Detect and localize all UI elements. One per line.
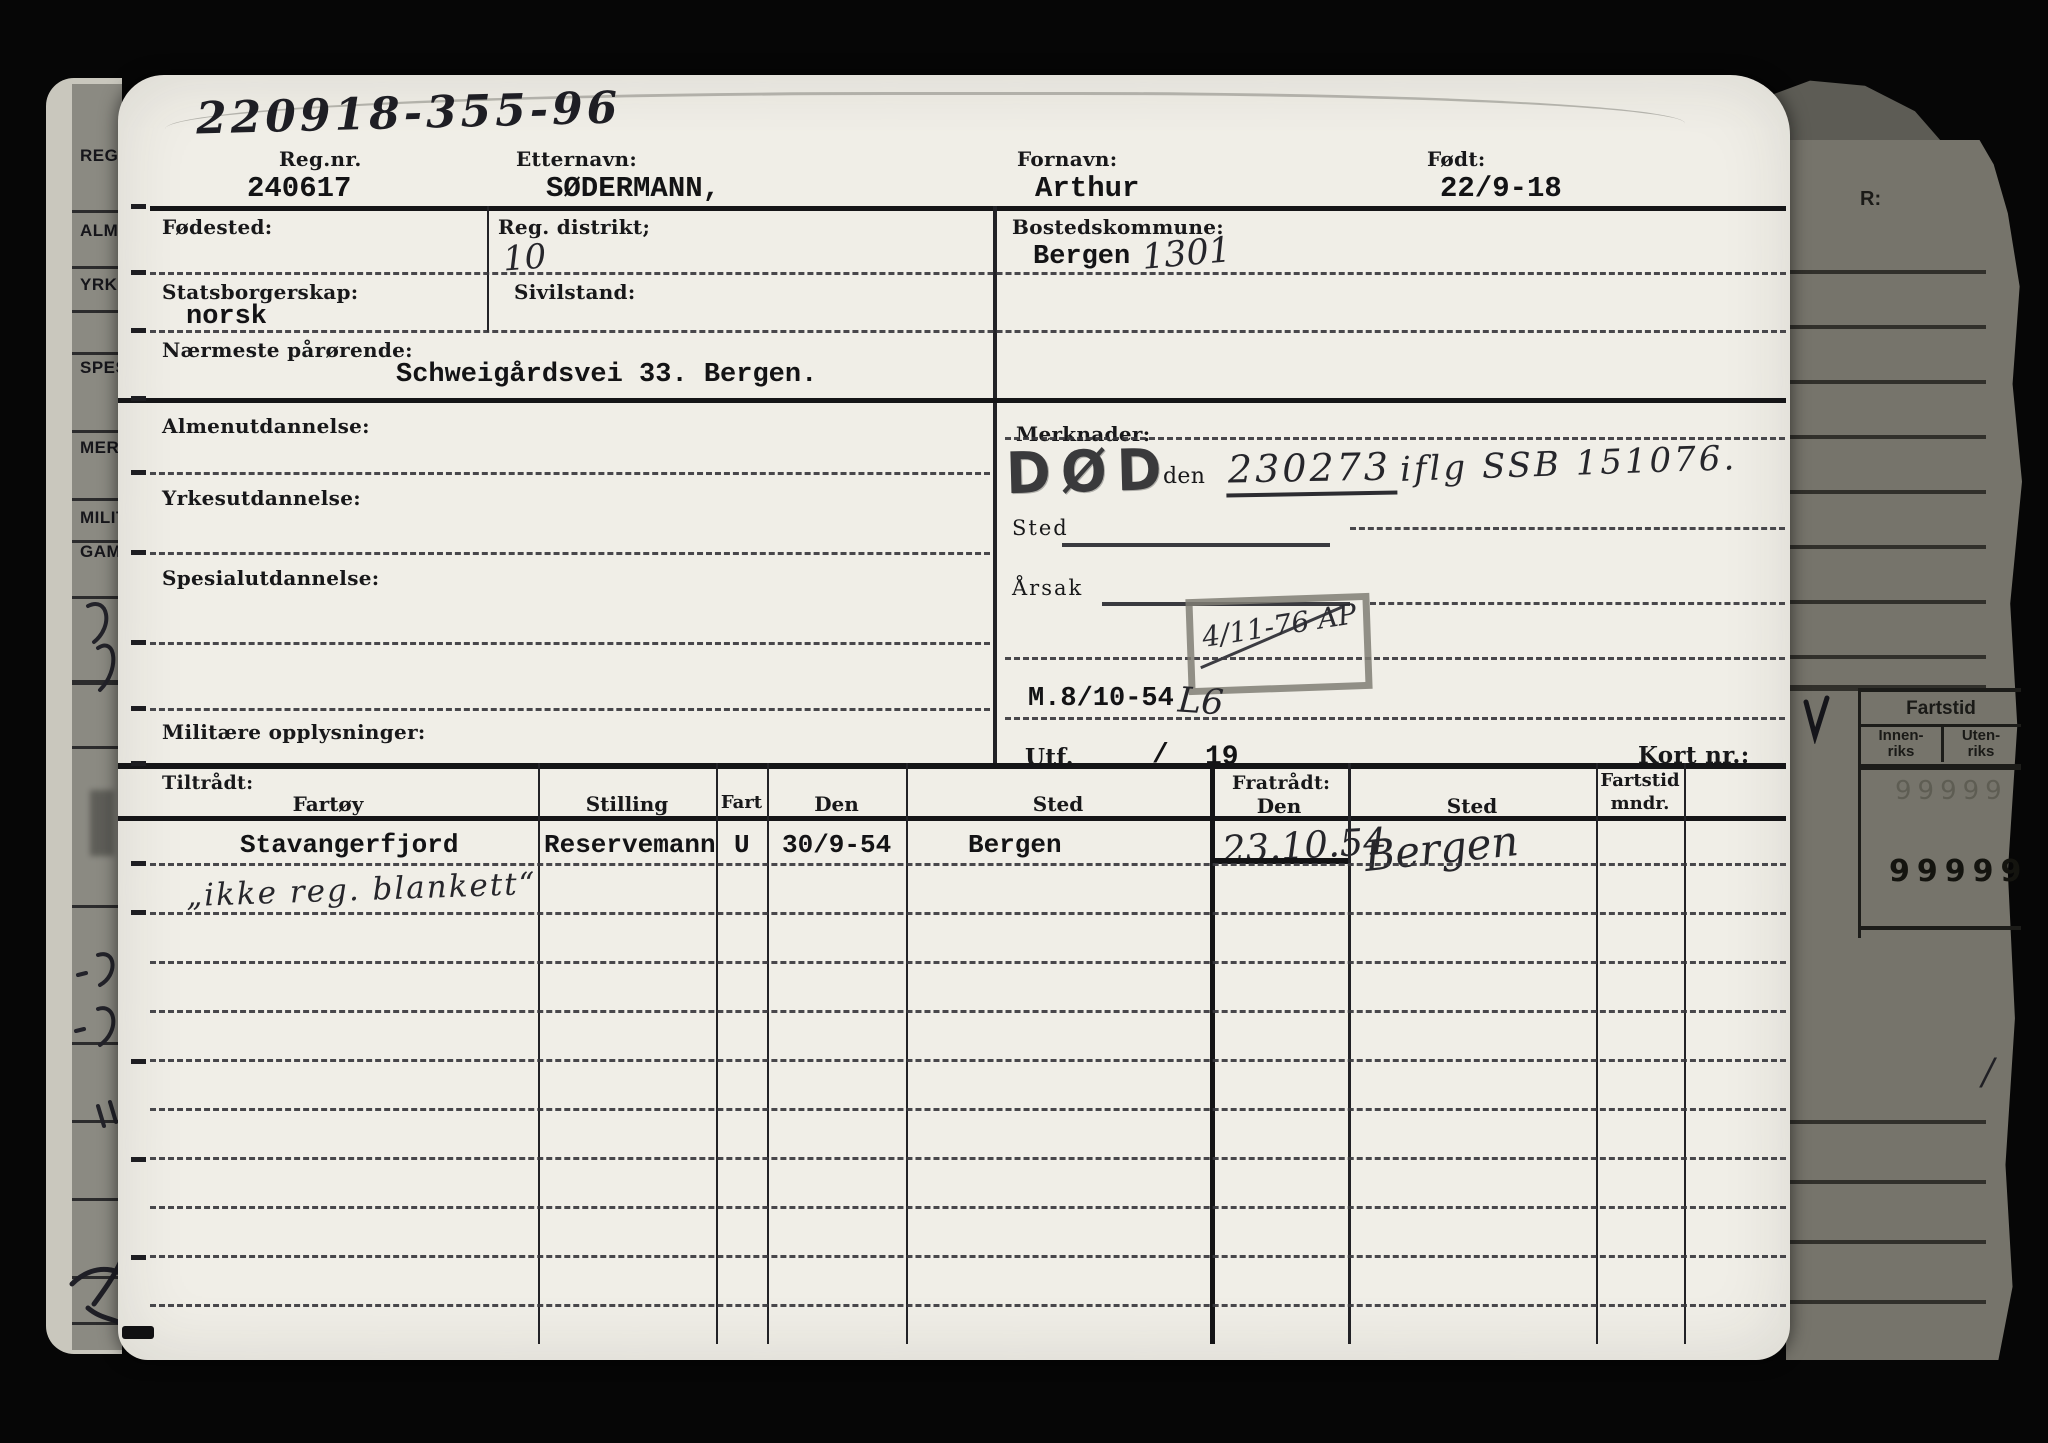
statsborgerskap-value: norsk (186, 302, 267, 332)
table-row-line (150, 912, 1786, 915)
strip-rule (72, 352, 122, 355)
margin-tick (131, 270, 146, 275)
reg-nr-label: Reg.nr. (279, 147, 362, 171)
margin-tick (131, 1255, 146, 1260)
margin-tick (131, 640, 146, 645)
margin-tick (131, 396, 146, 401)
arsak-label: Årsak (1012, 576, 1083, 600)
rule-dashed (150, 708, 990, 711)
margin-tick (131, 1157, 146, 1162)
handwriting-fragment (70, 945, 124, 1055)
militaere-label: Militære opplysninger: (162, 720, 426, 744)
rule-heavy (118, 398, 1786, 403)
faint-number: 99999 (1895, 776, 2008, 806)
reg-distrikt-label: Reg. distrikt; (498, 215, 650, 239)
rule-dashed (1350, 527, 1785, 530)
under-card-rule (1786, 1300, 1986, 1304)
strip-rule (72, 210, 122, 213)
strip-label-milita: MILITA (80, 508, 122, 528)
col-header-fartoy: Fartøy (118, 792, 538, 816)
under-card-rule (1786, 270, 1986, 274)
fodt-label: Født: (1427, 147, 1486, 171)
under-card-rule (1786, 600, 1986, 604)
table-row-line (150, 1059, 1786, 1062)
under-card-rule (1786, 325, 1986, 329)
reg-nr-value: 240617 (247, 172, 351, 205)
strip-label-yrkes: YRKES (80, 275, 122, 295)
utenriks-line2: riks (1968, 743, 1995, 760)
rule-dashed (150, 330, 1786, 333)
strip-label-gamm: GAMM (80, 542, 122, 562)
scanned-register-card-page: REG.N ALMEN YRKES SPESIA MERKN MILITA GA… (0, 0, 2048, 1443)
rule-dashed (150, 272, 1786, 275)
dod-stamp: DØD (1005, 436, 1172, 507)
sted-blank-line (1062, 543, 1330, 547)
den-label: den (1163, 464, 1205, 489)
strip-label-regn: REG.N (80, 146, 122, 166)
fartstid-mini-table: Fartstid Innen-riks Uten-riks 99999 9999… (1858, 688, 2021, 938)
almenutdannelse-label: Almenutdannelse: (162, 414, 370, 438)
under-card-rule (1786, 380, 1986, 384)
parorende-label: Nærmeste pårørende: (162, 338, 413, 362)
col-header-fratradt-den: Den (1210, 794, 1348, 818)
strip-rule (72, 498, 122, 501)
fornavn-label: Fornavn: (1017, 147, 1117, 171)
under-card-fragment-text: R: (1860, 188, 1881, 211)
spesialutdannelse-label: Spesialutdannelse: (162, 566, 379, 590)
pen-mark (1800, 694, 1834, 744)
under-card-rule (1786, 1240, 1986, 1244)
statsborgerskap-label: Statsborgerskap: (162, 280, 359, 304)
under-card-rule (1786, 1180, 1986, 1184)
col-header-fartstid-1: Fartstid (1596, 770, 1684, 791)
row1-fartoy: Stavangerfjord (240, 830, 458, 860)
rule-heavy-table-header (118, 816, 1786, 821)
rule-vertical (487, 206, 489, 332)
rule-heavy (150, 206, 1786, 211)
bostedskommune-code: 1301 (1140, 230, 1232, 278)
rule-dashed (150, 642, 990, 645)
table-row-line (150, 1255, 1786, 1258)
handwriting-fragment (76, 598, 124, 698)
row1-den: 30/9-54 (782, 830, 891, 860)
innenriks-line1: Innen- (1879, 727, 1924, 744)
rule-dashed (1005, 657, 1785, 660)
col-header-fart: Fart (716, 792, 767, 813)
fratradt-label: Fratrådt: (1232, 772, 1330, 794)
fodested-label: Fødested: (162, 215, 272, 239)
strip-label-merkn: MERKN (80, 438, 122, 458)
strip-rule (72, 540, 122, 543)
table-row-line (150, 863, 1786, 866)
margin-tick (131, 861, 146, 866)
margin-tick (131, 1059, 146, 1064)
strip-rule (72, 746, 122, 749)
strip-label-spesia: SPESIA (80, 358, 122, 378)
rule-dashed (1370, 602, 1785, 605)
ink-smudge (90, 790, 114, 856)
margin-tick (131, 761, 146, 766)
innenriks-line2: riks (1888, 743, 1915, 760)
mini-table-rule (1861, 688, 2021, 692)
row1-stilling: Reservemann (544, 830, 716, 860)
table-row-line (150, 1304, 1786, 1307)
etternavn-value: SØDERMANN, (546, 172, 720, 205)
m-note-suffix-handwritten: L6 (1177, 680, 1225, 723)
table-row-line (150, 1010, 1786, 1013)
under-card-rule (1786, 435, 1986, 439)
col-header-fartstid-2: mndr. (1596, 793, 1684, 814)
row1-sted: Bergen (968, 830, 1062, 860)
margin-tick (131, 550, 146, 555)
under-card-rule (1786, 1120, 1986, 1124)
under-card-rule (1786, 545, 1986, 549)
table-row-line (150, 1206, 1786, 1209)
strip-rule (72, 430, 122, 433)
table-row-line (150, 1108, 1786, 1111)
date-stamp-box: 4/11-76 AP (1185, 593, 1372, 695)
table-row-line (150, 1157, 1786, 1160)
margin-tick (131, 910, 146, 915)
col-header-den: Den (767, 792, 906, 816)
rule-vertical-divider (993, 206, 997, 763)
yrkesutdannelse-label: Yrkesutdannelse: (162, 486, 361, 510)
strip-rule (72, 905, 122, 908)
strip-rule (72, 266, 122, 269)
etternavn-label: Etternavn: (516, 147, 637, 171)
table-row-line (150, 961, 1786, 964)
row1-fart: U (734, 830, 750, 860)
sivilstand-label: Sivilstand: (514, 280, 636, 304)
mini-table-title: Fartstid (1861, 698, 2021, 720)
m-note-typed: M.8/10-54 (1028, 684, 1174, 714)
under-card-left-strip: REG.N ALMEN YRKES SPESIA MERKN MILITA GA… (72, 84, 122, 1350)
col-header-sted: Sted (906, 792, 1210, 816)
bold-margin-mark (122, 1326, 154, 1339)
margin-tick (131, 470, 146, 475)
col-header-fratradt-sted: Sted (1348, 794, 1596, 818)
mini-table-rule (1861, 764, 2021, 770)
sted-label: Sted (1012, 516, 1069, 540)
tiltradt-label: Tiltrådt: (162, 772, 253, 794)
mini-table-col-innenriks: Innen-riks (1861, 728, 1941, 760)
strip-rule (72, 310, 122, 313)
rule-dashed (1005, 717, 1785, 720)
col-header-stilling: Stilling (538, 792, 716, 816)
mini-table-col-utenriks: Uten-riks (1941, 728, 2021, 760)
mini-table-rule (1861, 926, 2021, 930)
strip-label-almen: ALMEN (80, 221, 122, 241)
utenriks-line1: Uten- (1962, 727, 2000, 744)
dod-date-handwritten: 230273 (1226, 445, 1398, 498)
fornavn-value: Arthur (1035, 172, 1139, 205)
bostedskommune-value: Bergen (1033, 242, 1130, 272)
rule-dashed (150, 552, 990, 555)
margin-tick (131, 706, 146, 711)
margin-tick (131, 204, 146, 209)
fodt-value: 22/9-18 (1440, 172, 1562, 205)
rule-dashed (150, 472, 990, 475)
bold-number: 99999 (1889, 854, 2028, 889)
under-card-rule (1786, 490, 1986, 494)
parorende-value: Schweigårdsvei 33. Bergen. (396, 360, 817, 390)
under-card-rule (1786, 655, 1986, 659)
handwritten-slash-mark: / (1982, 1052, 1994, 1093)
margin-tick (131, 328, 146, 333)
rule-heavy-table-top (118, 763, 1786, 769)
